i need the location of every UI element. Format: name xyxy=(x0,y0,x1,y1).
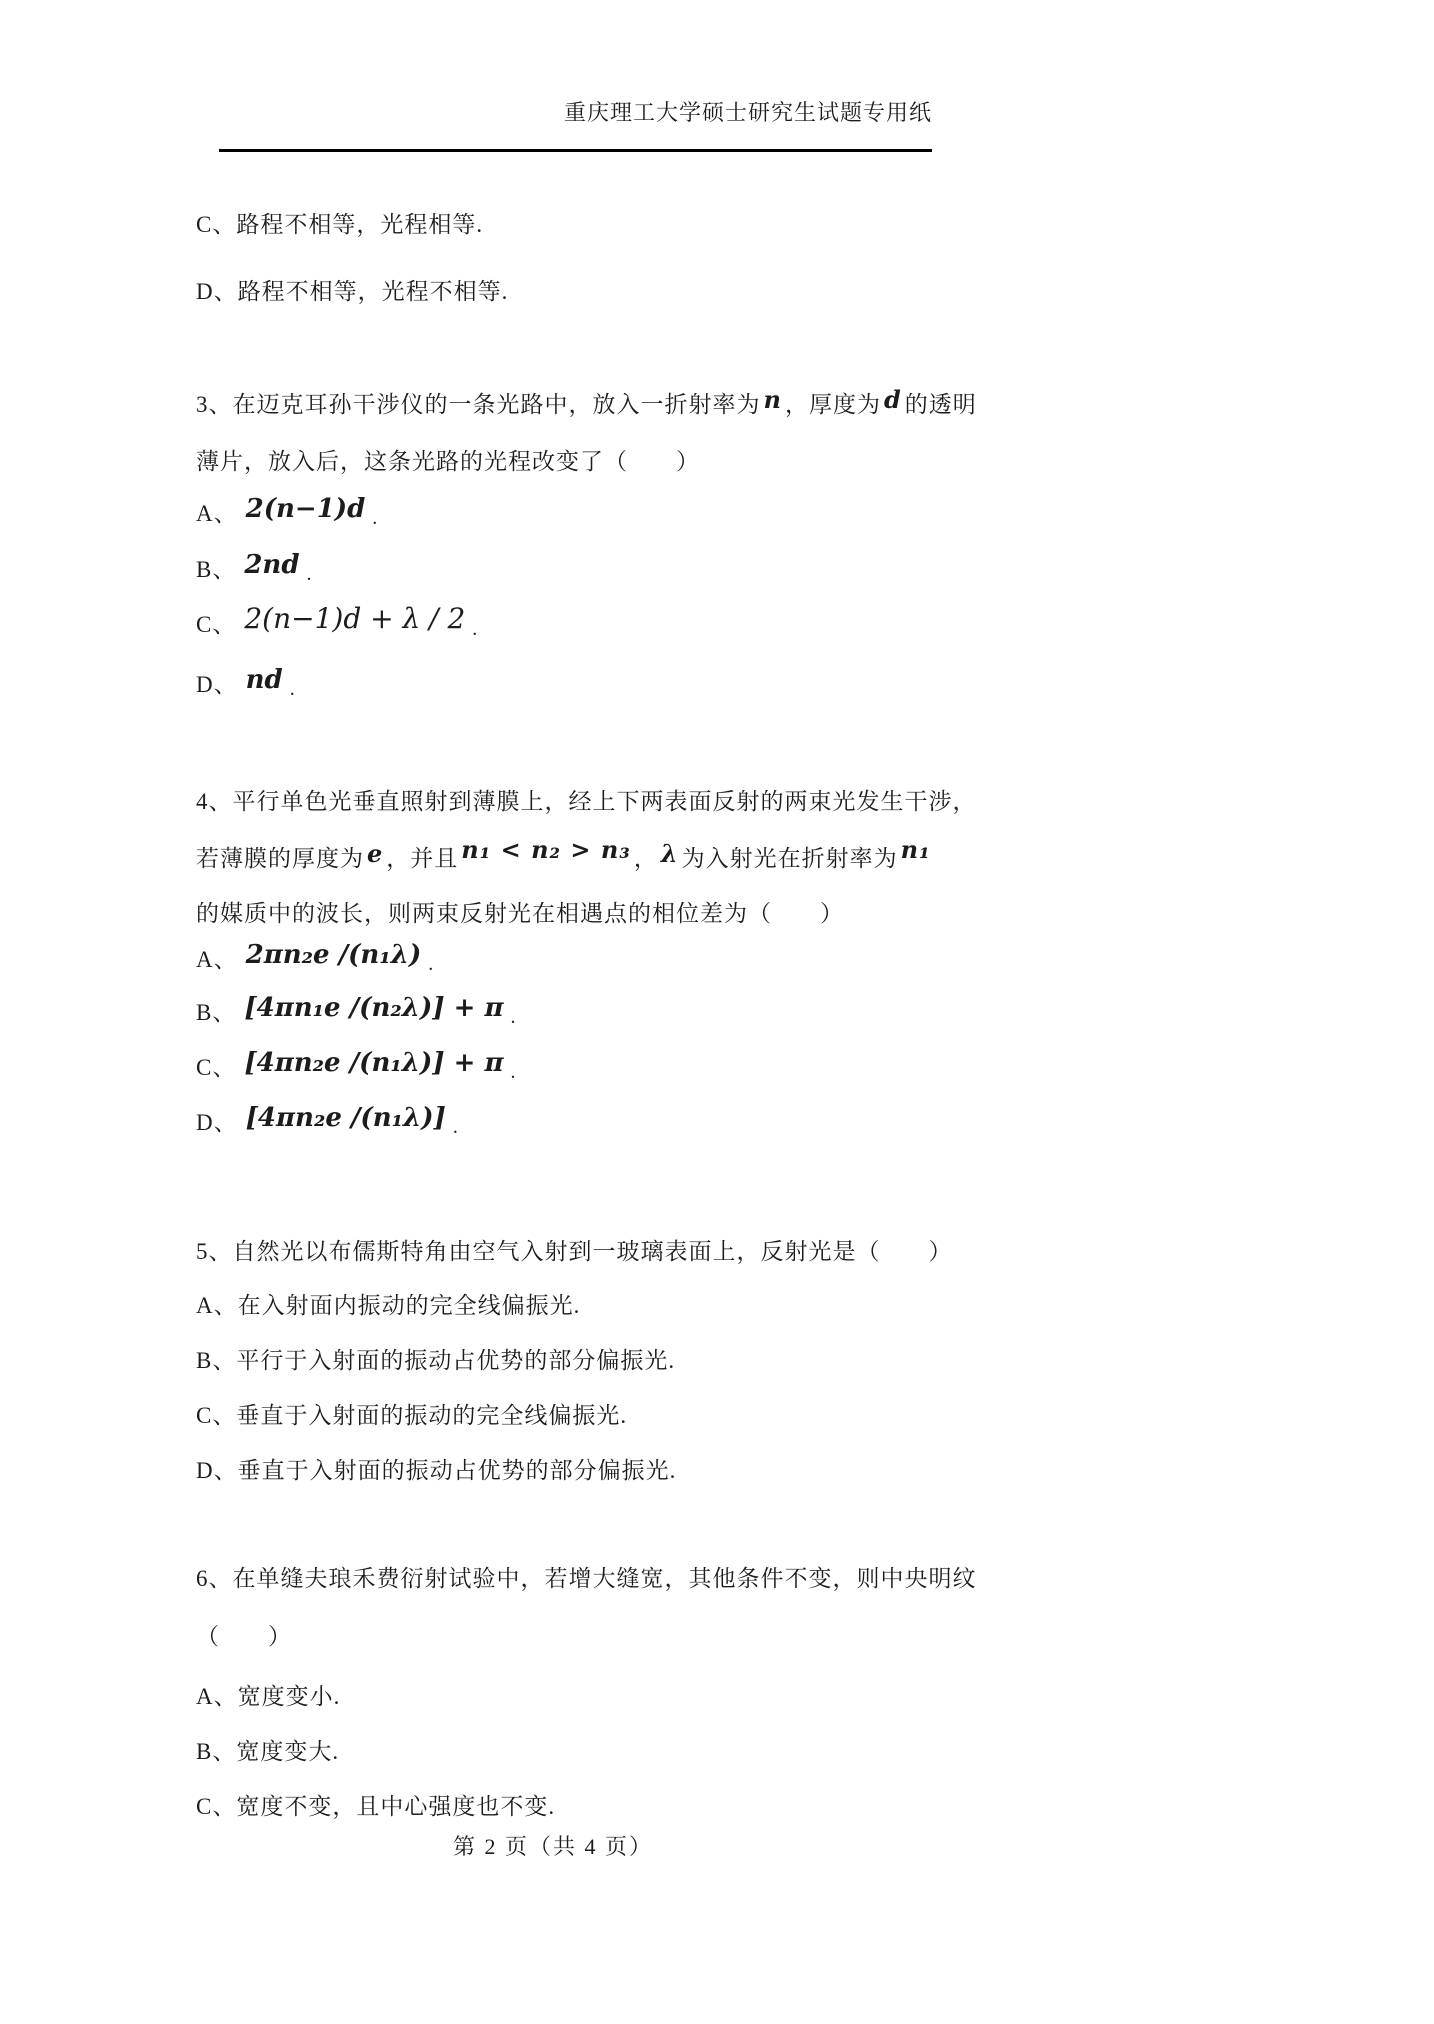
prev-question-option-d: D、路程不相等，光程不相等. xyxy=(196,273,956,306)
q3-option-d-period: . xyxy=(290,678,296,700)
q3-option-b: B、2nd. xyxy=(196,551,956,584)
q4-option-d-label: D、 xyxy=(196,1110,238,1135)
question-5-stem: 5、自然光以布儒斯特角由空气入射到一玻璃表面上，反射光是（ ） xyxy=(196,1233,956,1266)
q3-option-a-formula: 2(n−1)d xyxy=(246,494,366,524)
q3-option-a: A、2(n−1)d. xyxy=(196,495,956,528)
q4-option-b-period: . xyxy=(511,1006,517,1028)
header-rule-divider xyxy=(219,149,932,152)
q3-option-d-formula: nd xyxy=(246,665,283,695)
q3-option-b-formula: 2nd xyxy=(244,550,299,580)
q3-option-b-period: . xyxy=(307,563,313,585)
page-header-title: 重庆理工大学硕士研究生试题专用纸 xyxy=(196,96,932,127)
q4-var-n1: n₁ xyxy=(898,835,934,864)
question-3-stem-line-2: 薄片，放入后，这条光路的光程改变了（ ） xyxy=(196,443,956,476)
q4-inequality-n1-n2-n3: n₁ < n₂ > n₃ xyxy=(458,835,634,864)
question-4-stem-line-1: 4、平行单色光垂直照射到薄膜上，经上下两表面反射的两束光发生干涉， xyxy=(196,783,956,816)
q4-var-e: e xyxy=(364,839,386,868)
question-6-stem-line-1: 6、在单缝夫琅禾费衍射试验中，若增大缝宽，其他条件不变，则中央明纹 xyxy=(196,1560,956,1593)
q3-option-c-label: C、 xyxy=(196,612,236,637)
exam-paper-page: 重庆理工大学硕士研究生试题专用纸 C、路程不相等，光程相等. D、路程不相等，光… xyxy=(0,0,1434,2024)
question-6-stem-line-2: （ ） xyxy=(196,1618,956,1651)
q3-option-c: C、2(n−1)d + λ / 2. xyxy=(196,606,956,639)
q3-stem-text-2: ，厚度为 xyxy=(785,392,881,417)
q4-option-c-period: . xyxy=(511,1061,517,1083)
q4-option-c-formula: [4πn₂e /(n₁λ)] + π xyxy=(244,1048,503,1078)
q4-option-b-formula: [4πn₁e /(n₂λ)] + π xyxy=(244,993,503,1023)
q3-option-d-label: D、 xyxy=(196,672,238,697)
q3-option-b-label: B、 xyxy=(196,557,236,582)
q4-option-b-label: B、 xyxy=(196,1000,236,1025)
q3-stem-text-3: 的透明 xyxy=(905,392,977,417)
q4-option-a-label: A、 xyxy=(196,947,238,972)
q4-option-a-formula: 2πn₂e /(n₁λ) xyxy=(246,940,422,970)
question-4-stem-line-2: 若薄膜的厚度为e，并且n₁ < n₂ > n₃，λ为入射光在折射率为n₁ xyxy=(196,840,956,873)
q3-var-d: d xyxy=(881,385,905,414)
q4-stem-text-2d: 为入射光在折射率为 xyxy=(682,846,898,871)
q4-option-c: C、[4πn₂e /(n₁λ)] + π. xyxy=(196,1049,956,1082)
q3-option-c-period: . xyxy=(472,618,478,640)
question-3-stem-line-1: 3、在迈克耳孙干涉仪的一条光路中，放入一折射率为n，厚度为d的透明 xyxy=(196,386,956,419)
q3-option-a-period: . xyxy=(372,507,378,529)
prev-question-option-c: C、路程不相等，光程相等. xyxy=(196,206,956,239)
q4-option-d: D、[4πn₂e /(n₁λ)]. xyxy=(196,1104,956,1137)
q4-stem-text-2b: ，并且 xyxy=(386,846,458,871)
q4-option-c-label: C、 xyxy=(196,1055,236,1080)
q3-option-d: D、nd. xyxy=(196,666,956,699)
q6-option-c: C、宽度不变，且中心强度也不变. xyxy=(196,1788,956,1821)
q4-stem-text-2a: 若薄膜的厚度为 xyxy=(196,846,364,871)
q4-option-d-period: . xyxy=(453,1116,459,1138)
q4-stem-text-2c: ， xyxy=(634,846,658,871)
page-number-footer: 第 2 页（共 4 页） xyxy=(196,1830,910,1861)
q4-option-b: B、[4πn₁e /(n₂λ)] + π. xyxy=(196,994,956,1027)
q5-option-a: A、在入射面内振动的完全线偏振光. xyxy=(196,1287,956,1320)
q3-option-a-label: A、 xyxy=(196,501,238,526)
question-4-stem-line-3: 的媒质中的波长，则两束反射光在相遇点的相位差为（ ） xyxy=(196,895,956,928)
q6-option-b: B、宽度变大. xyxy=(196,1733,956,1766)
q4-option-a: A、2πn₂e /(n₁λ). xyxy=(196,941,956,974)
q3-stem-text-1: 3、在迈克耳孙干涉仪的一条光路中，放入一折射率为 xyxy=(196,392,761,417)
q4-option-d-formula: [4πn₂e /(n₁λ)] xyxy=(246,1103,446,1133)
q6-option-a: A、宽度变小. xyxy=(196,1678,956,1711)
q3-var-n: n xyxy=(761,385,785,414)
q4-var-lambda: λ xyxy=(658,839,682,868)
q5-option-c: C、垂直于入射面的振动的完全线偏振光. xyxy=(196,1397,956,1430)
q5-option-b: B、平行于入射面的振动占优势的部分偏振光. xyxy=(196,1342,956,1375)
q4-option-a-period: . xyxy=(428,953,434,975)
q5-option-d: D、垂直于入射面的振动占优势的部分偏振光. xyxy=(196,1452,956,1485)
q3-option-c-formula: 2(n−1)d + λ / 2 xyxy=(244,602,465,635)
